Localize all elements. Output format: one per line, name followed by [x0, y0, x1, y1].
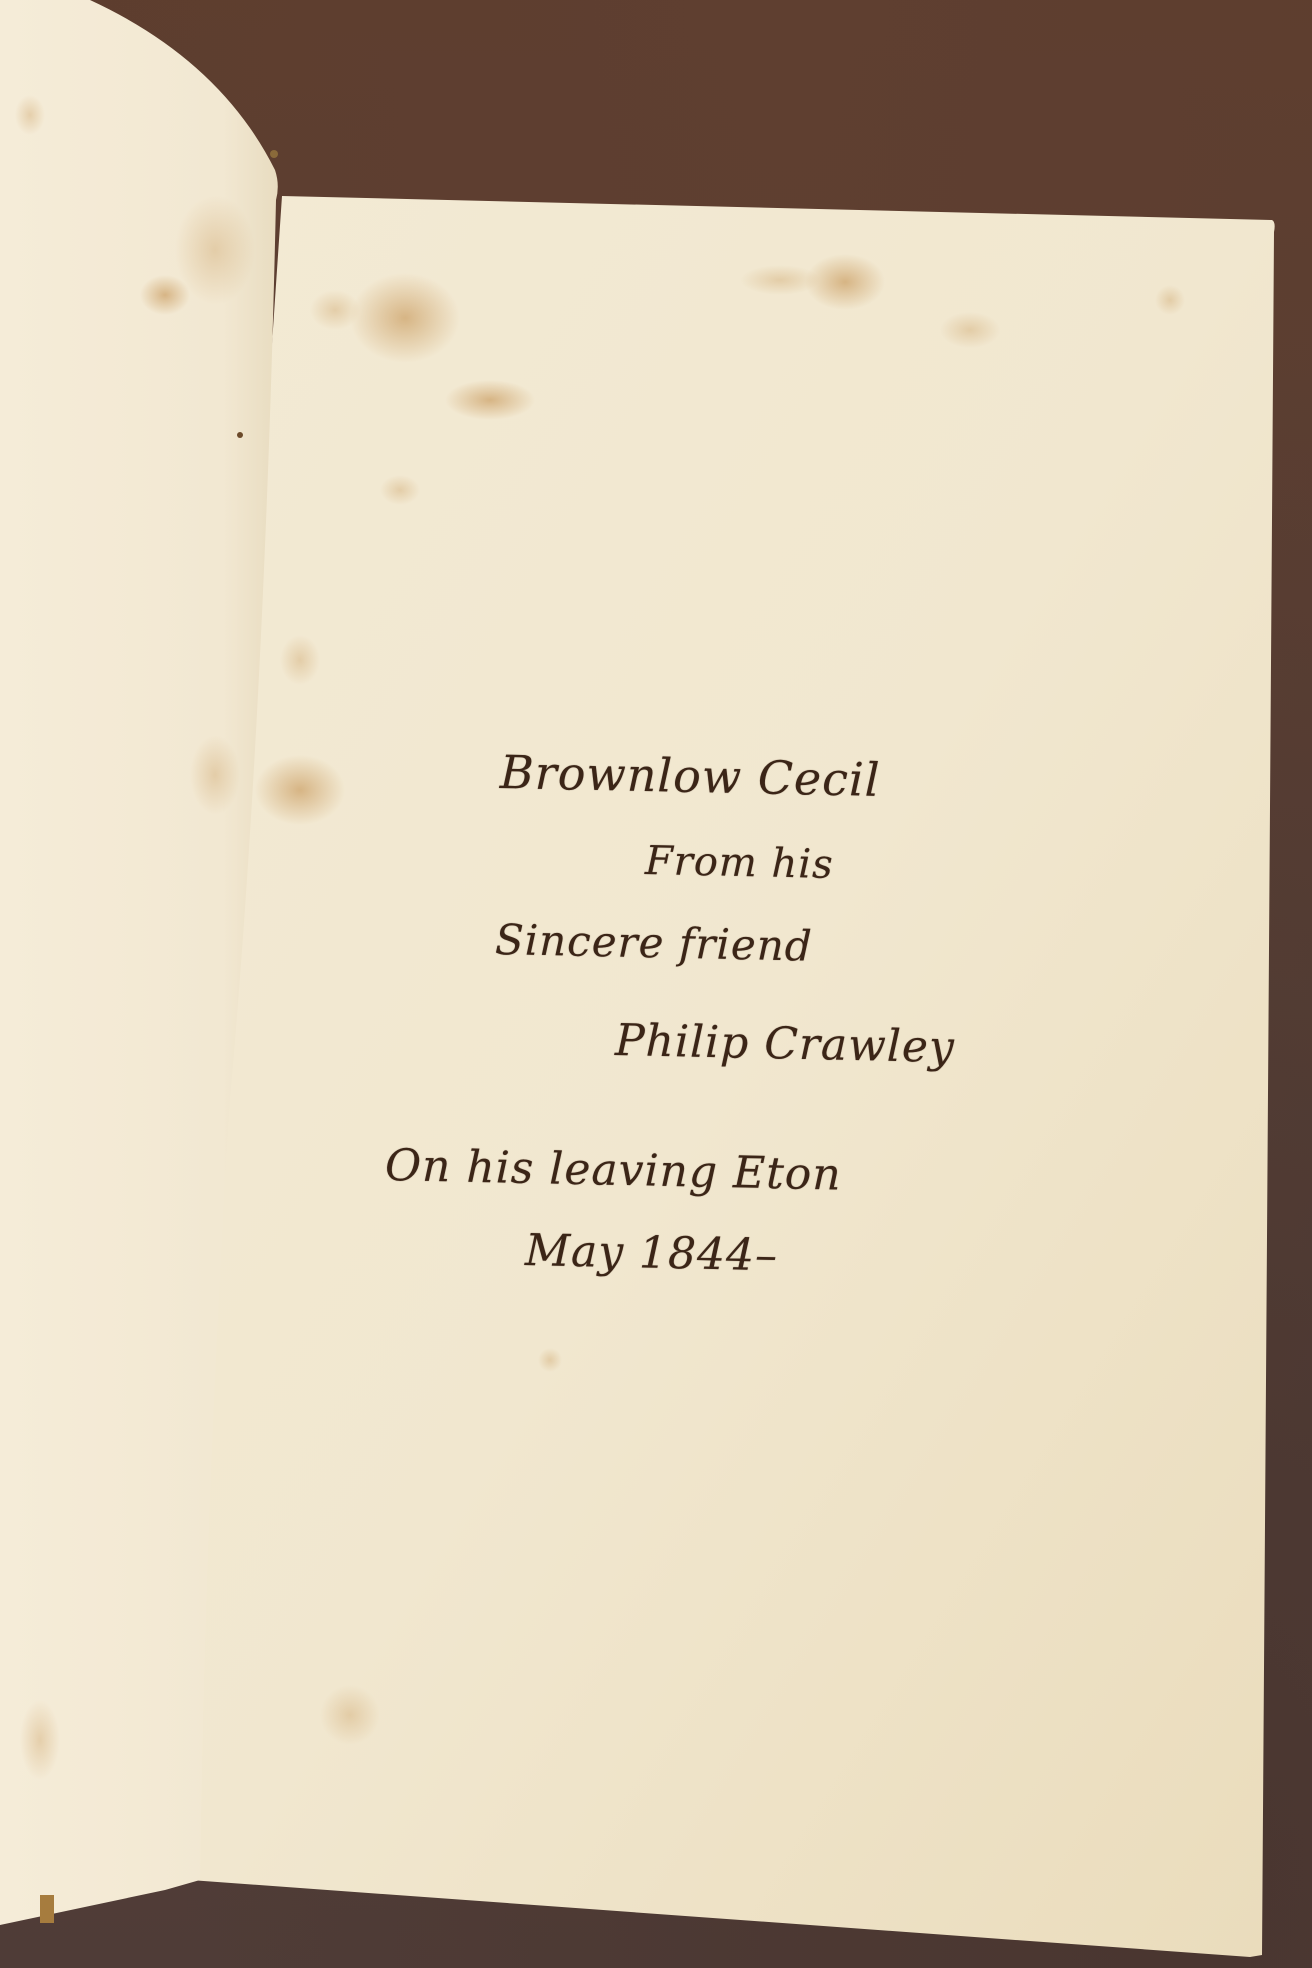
book-tail-edge — [40, 1895, 54, 1923]
headband — [270, 150, 278, 158]
open-book — [0, 0, 1312, 1968]
page-speck — [237, 432, 243, 438]
